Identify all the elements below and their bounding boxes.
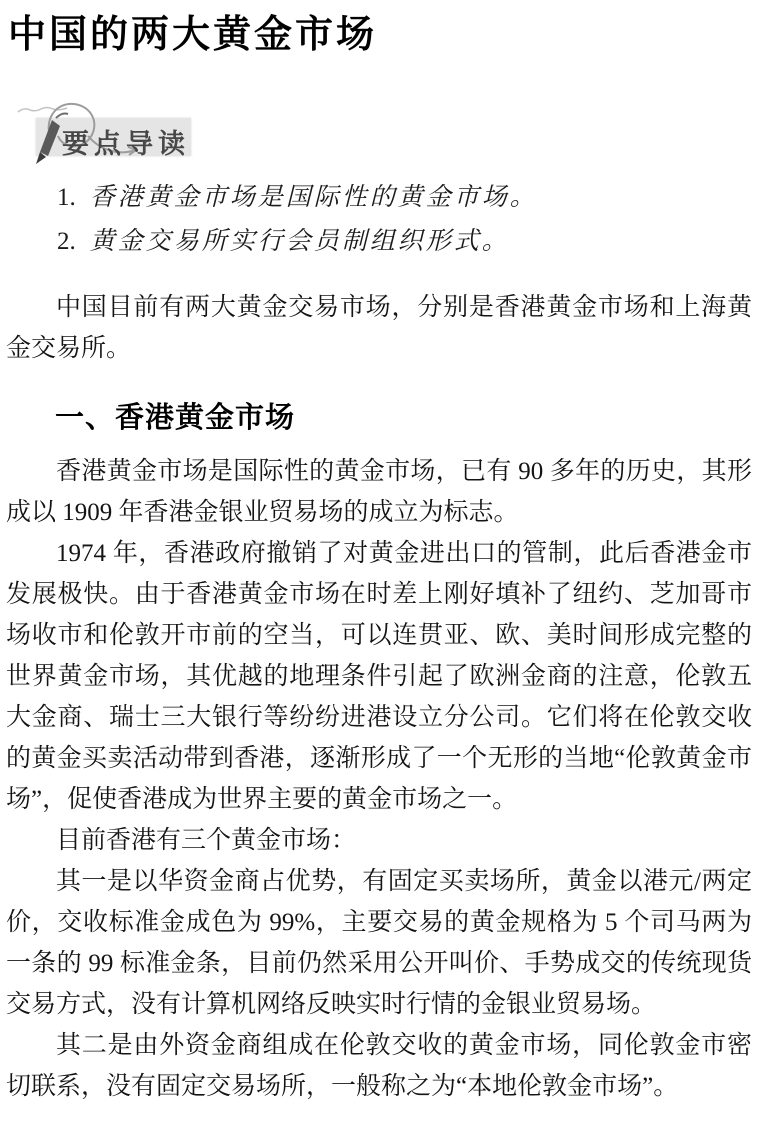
key-point-item: 1. 香港黄金市场是国际性的黄金市场。 [57,180,758,215]
section-paragraph: 其二是由外资金商组成在伦敦交收的黄金市场，同伦敦金市密切联系，没有固定交易场所，… [6,1025,752,1107]
section-paragraph: 1974 年，香港政府撤销了对黄金进出口的管制，此后香港金市发展极快。由于香港黄… [6,533,752,820]
section-paragraph: 香港黄金市场是国际性的黄金市场，已有 90 多年的历史，其形成以 1909 年香… [6,451,752,533]
key-point-text: 香港黄金市场是国际性的黄金市场。 [90,180,538,215]
section-heading: 一、香港黄金市场 [55,399,758,437]
badge-label: 要点导读 [62,122,190,161]
key-point-number: 1. [57,180,76,215]
page-title: 中国的两大黄金市场 [8,12,758,58]
book-page: 中国的两大黄金市场 要点导读 1. 香港黄金市场是国际性的黄金市场。 2. 黄金… [0,0,758,1126]
key-points-badge: 要点导读 [0,100,220,164]
intro-paragraph: 中国目前有两大黄金交易市场，分别是香港黄金市场和上海黄金交易所。 [6,287,752,369]
key-point-item: 2. 黄金交易所实行会员制组织形式。 [57,224,758,259]
key-points-list: 1. 香港黄金市场是国际性的黄金市场。 2. 黄金交易所实行会员制组织形式。 [0,180,758,259]
key-point-text: 黄金交易所实行会员制组织形式。 [90,224,510,259]
section-paragraph: 其一是以华资金商占优势，有固定买卖场所，黄金以港元/两定价，交收标准金成色为 9… [6,861,752,1025]
key-point-number: 2. [57,224,76,259]
section-paragraph: 目前香港有三个黄金市场： [6,820,752,861]
